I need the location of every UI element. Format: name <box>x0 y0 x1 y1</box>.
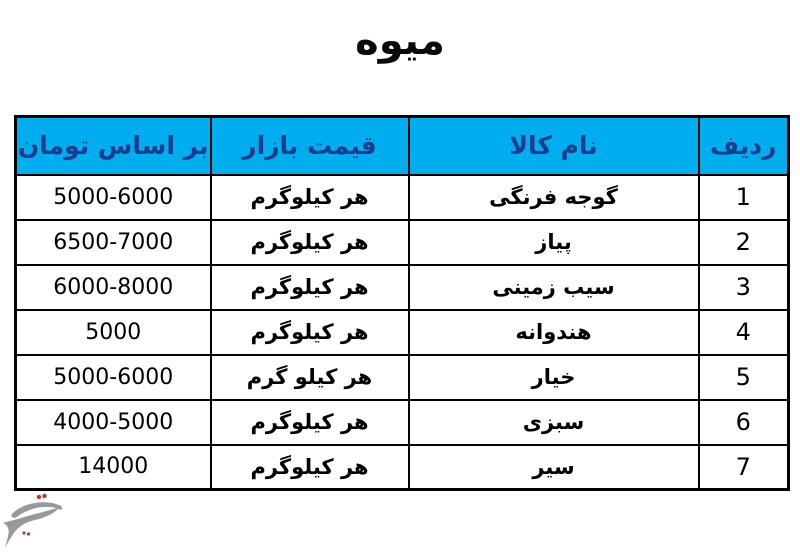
header-toman-basis: بر اساس تومان <box>16 117 211 175</box>
item-name: خیار <box>409 355 699 400</box>
table-row: 2 پیاز هر کیلوگرم 6500-7000 <box>16 220 789 265</box>
row-number: 7 <box>699 445 789 490</box>
unit: هر کیلوگرم <box>211 445 409 490</box>
page: میوه ردیف نام کالا قیمت بازار بر اساس تو… <box>0 0 800 557</box>
price-toman: 5000-6000 <box>16 355 211 400</box>
header-item-name: نام کالا <box>409 117 699 175</box>
table-row: 3 سیب زمینی هر کیلوگرم 6000-8000 <box>16 265 789 310</box>
item-name: سیر <box>409 445 699 490</box>
header-market-price: قیمت بازار <box>211 117 409 175</box>
item-name: هندوانه <box>409 310 699 355</box>
unit: هر کیلوگرم <box>211 265 409 310</box>
item-name: سیب زمینی <box>409 265 699 310</box>
price-toman: 5000-6000 <box>16 175 211 220</box>
price-toman: 6500-7000 <box>16 220 211 265</box>
tasnim-calligraphy-logo-icon <box>2 492 74 554</box>
item-name: سبزی <box>409 400 699 445</box>
price-toman: 6000-8000 <box>16 265 211 310</box>
table-row: 1 گوجه فرنگی هر کیلوگرم 5000-6000 <box>16 175 789 220</box>
item-name: پیاز <box>409 220 699 265</box>
row-number: 1 <box>699 175 789 220</box>
item-name: گوجه فرنگی <box>409 175 699 220</box>
row-number: 6 <box>699 400 789 445</box>
unit: هر کیلوگرم <box>211 220 409 265</box>
unit: هر کیلوگرم <box>211 400 409 445</box>
price-table: ردیف نام کالا قیمت بازار بر اساس تومان 1… <box>14 115 790 491</box>
row-number: 4 <box>699 310 789 355</box>
price-toman: 14000 <box>16 445 211 490</box>
price-toman: 4000-5000 <box>16 400 211 445</box>
header-radif: ردیف <box>699 117 789 175</box>
unit: هر کیلو گرم <box>211 355 409 400</box>
row-number: 3 <box>699 265 789 310</box>
page-title: میوه <box>0 18 800 64</box>
table-header-row: ردیف نام کالا قیمت بازار بر اساس تومان <box>16 117 789 175</box>
table-row: 5 خیار هر کیلو گرم 5000-6000 <box>16 355 789 400</box>
unit: هر کیلوگرم <box>211 175 409 220</box>
table-row: 4 هندوانه هر کیلوگرم 5000 <box>16 310 789 355</box>
unit: هر کیلوگرم <box>211 310 409 355</box>
table-row: 7 سیر هر کیلوگرم 14000 <box>16 445 789 490</box>
price-toman: 5000 <box>16 310 211 355</box>
row-number: 2 <box>699 220 789 265</box>
table-row: 6 سبزی هر کیلوگرم 4000-5000 <box>16 400 789 445</box>
row-number: 5 <box>699 355 789 400</box>
